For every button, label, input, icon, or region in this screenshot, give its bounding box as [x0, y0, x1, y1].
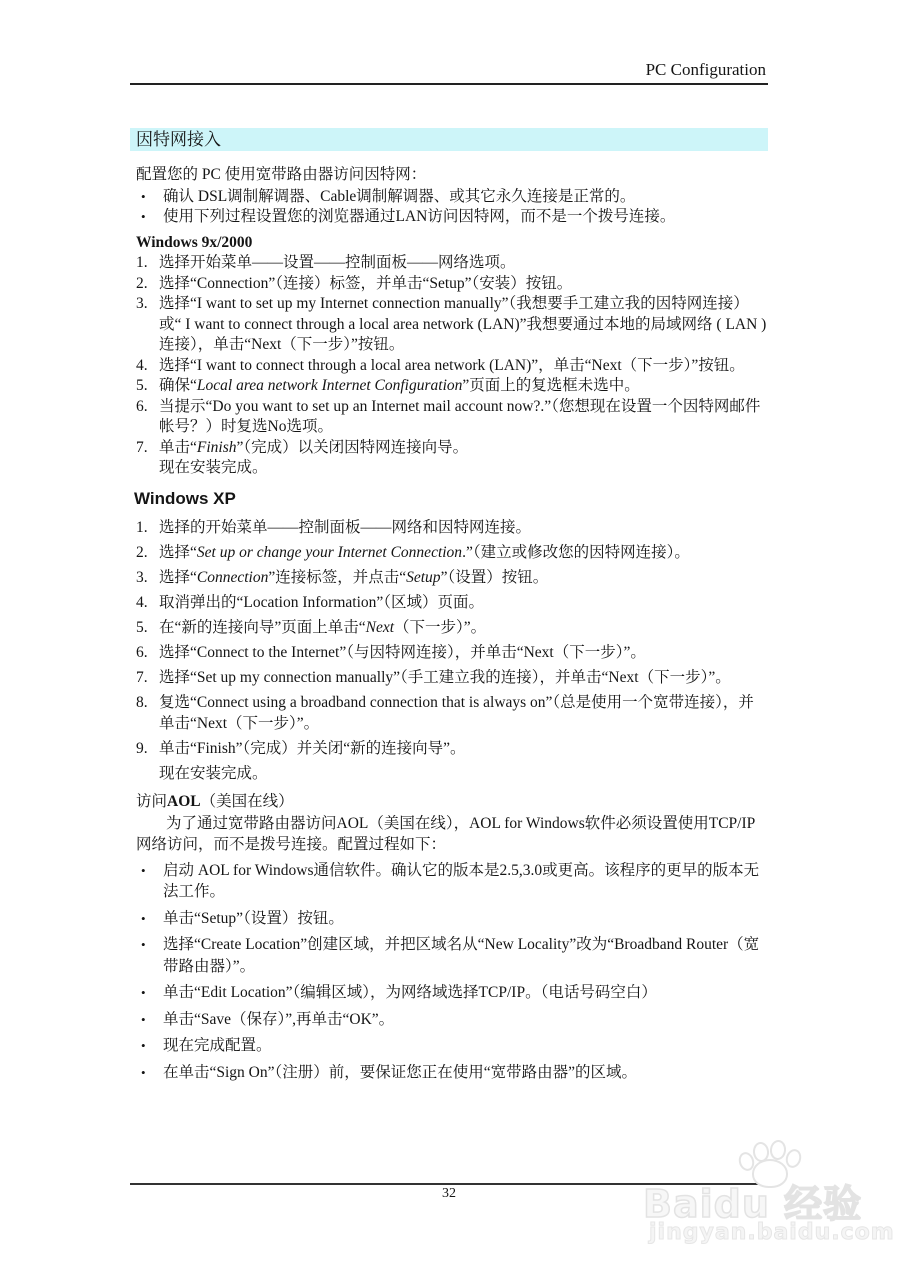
item-text: 在“新的连接向导”页面上单击“Next（下一步）”。 [159, 617, 768, 638]
item-number: 9. [130, 738, 159, 759]
numbered-item: 2. 选择“Set up or change your Internet Con… [130, 542, 768, 563]
item-text: 单击“Finish”（完成）并关闭“新的连接向导”。 [159, 738, 768, 759]
numbered-item: 7. 选择“Set up my connection manually”（手工建… [130, 667, 768, 688]
heading-windows-xp: Windows XP [130, 488, 768, 510]
numbered-item: 1. 选择开始菜单——设置——控制面板——网络选项。 [130, 253, 768, 274]
numbered-item: 7. 单击“Finish”（完成）以关闭因特网连接向导。 [130, 438, 768, 459]
item-number: 3. [130, 294, 159, 356]
numbered-item: 5. 确保“Local area network Internet Config… [130, 376, 768, 397]
bullet-marker: • [130, 934, 163, 977]
item-number: 7. [130, 438, 159, 459]
list-item: • 使用下列过程设置您的浏览器通过LAN访问因特网，而不是一个拨号连接。 [130, 207, 768, 227]
item-text: 确保“Local area network Internet Configura… [159, 376, 768, 397]
numbered-item: 1. 选择的开始菜单——控制面板——网络和因特网连接。 [130, 517, 768, 538]
bullet-marker: • [130, 1062, 163, 1084]
list-item-text: 确认 DSL调制解调器、Cable调制解调器、或其它永久连接是正常的。 [163, 187, 768, 207]
numbered-item: 9. 单击“Finish”（完成）并关闭“新的连接向导”。 [130, 738, 768, 759]
intro-lead: 配置您的 PC 使用宽带路由器访问因特网： [130, 165, 768, 185]
numbered-item: 4. 选择“I want to connect through a local … [130, 356, 768, 377]
list-item-text: 单击“Edit Location”（编辑区域），为网络域选择TCP/IP。（电话… [163, 982, 768, 1004]
bullet-marker: • [130, 187, 163, 207]
intro-bullet-list: • 确认 DSL调制解调器、Cable调制解调器、或其它永久连接是正常的。 • … [130, 187, 768, 226]
page-header: PC Configuration [130, 0, 768, 85]
item-number: 1. [130, 253, 159, 274]
item-number: 6. [130, 397, 159, 438]
list-item-text: 现在完成配置。 [163, 1035, 768, 1057]
page-content: PC Configuration 因特网接入 配置您的 PC 使用宽带路由器访问… [130, 0, 768, 1088]
header-title: PC Configuration [130, 60, 768, 83]
item-text: 选择“Connection”（连接）标签，并单击“Setup”（安装）按钮。 [159, 274, 768, 295]
document-page: { "header": { "title": "PC Configuration… [0, 0, 904, 1280]
section-title-bar: 因特网接入 [130, 128, 768, 151]
header-rule [130, 83, 768, 85]
item-text: 选择的开始菜单——控制面板——网络和因特网连接。 [159, 517, 768, 538]
item-text: 当提示“Do you want to set up an Internet ma… [159, 397, 768, 438]
item-number: 1. [130, 517, 159, 538]
list-item-text: 选择“Create Location”创建区域，并把区域名从“New Local… [163, 934, 768, 977]
heading-aol-access: 访问AOL（美国在线） [130, 791, 768, 813]
numbered-item: 6. 选择“Connect to the Internet”（与因特网连接），并… [130, 642, 768, 663]
aol-paragraph: 为了通过宽带路由器访问AOL（美国在线），AOL for Windows软件必须… [130, 813, 768, 856]
item-number: 2. [130, 274, 159, 295]
paw-icon [739, 1140, 803, 1188]
list-item: • 单击“Edit Location”（编辑区域），为网络域选择TCP/IP。（… [130, 982, 768, 1004]
item-text: 选择开始菜单——设置——控制面板——网络选项。 [159, 253, 768, 274]
numbered-item: 4. 取消弹出的“Location Information”（区域）页面。 [130, 592, 768, 613]
item-text: 单击“Finish”（完成）以关闭因特网连接向导。 [159, 438, 768, 459]
numbered-item: 8. 复选“Connect using a broadband connecti… [130, 692, 768, 734]
numbered-item: 2. 选择“Connection”（连接）标签，并单击“Setup”（安装）按钮… [130, 274, 768, 295]
bullet-marker: • [130, 982, 163, 1004]
list-item-text: 在单击“Sign On”（注册）前，要保证您正在使用“宽带路由器”的区域。 [163, 1062, 768, 1084]
aol-section: 访问AOL（美国在线） 为了通过宽带路由器访问AOL（美国在线），AOL for… [130, 791, 768, 1084]
page-number: 32 [130, 1186, 768, 1202]
item-text: 选择“Connect to the Internet”（与因特网连接），并单击“… [159, 642, 768, 663]
bullet-marker: • [130, 1035, 163, 1057]
numbered-item: 3. 选择“I want to set up my Internet conne… [130, 294, 768, 356]
bullet-marker: • [130, 207, 163, 227]
list-item: • 单击“Setup”（设置）按钮。 [130, 908, 768, 930]
list-item-text: 单击“Setup”（设置）按钮。 [163, 908, 768, 930]
list-item: • 启动 AOL for Windows通信软件。确认它的版本是2.5,3.0或… [130, 860, 768, 903]
item-text: 选择“I want to set up my Internet connecti… [159, 294, 768, 356]
watermark-url: jingyan.baidu.com [649, 1220, 895, 1245]
numbered-item: 3. 选择“Connection”连接标签，并点击“Setup”（设置）按钮。 [130, 567, 768, 588]
item-text: 复选“Connect using a broadband connection … [159, 692, 768, 734]
list-item: • 选择“Create Location”创建区域，并把区域名从“New Loc… [130, 934, 768, 977]
list-item: • 单击“Save（保存）”,再单击“OK”。 [130, 1009, 768, 1031]
list-item-text: 启动 AOL for Windows通信软件。确认它的版本是2.5,3.0或更高… [163, 860, 768, 903]
item-number: 4. [130, 356, 159, 377]
setup-complete-note: 现在安装完成。 [159, 458, 768, 479]
item-number: 6. [130, 642, 159, 663]
item-number: 2. [130, 542, 159, 563]
list-item: • 在单击“Sign On”（注册）前，要保证您正在使用“宽带路由器”的区域。 [130, 1062, 768, 1084]
windows-9x-list: 1. 选择开始菜单——设置——控制面板——网络选项。 2. 选择“Connect… [130, 253, 768, 479]
item-number: 7. [130, 667, 159, 688]
bullet-marker: • [130, 860, 163, 903]
item-text: 选择“Set up or change your Internet Connec… [159, 542, 768, 563]
item-text: 选择“Connection”连接标签，并点击“Setup”（设置）按钮。 [159, 567, 768, 588]
bullet-marker: • [130, 908, 163, 930]
numbered-item: 6. 当提示“Do you want to set up an Internet… [130, 397, 768, 438]
list-item: • 确认 DSL调制解调器、Cable调制解调器、或其它永久连接是正常的。 [130, 187, 768, 207]
setup-complete-note: 现在安装完成。 [159, 763, 768, 784]
heading-windows-9x-2000: Windows 9x/2000 [130, 232, 768, 253]
bullet-marker: • [130, 1009, 163, 1031]
numbered-item: 5. 在“新的连接向导”页面上单击“Next（下一步）”。 [130, 617, 768, 638]
item-number: 5. [130, 617, 159, 638]
list-item-text: 单击“Save（保存）”,再单击“OK”。 [163, 1009, 768, 1031]
footer-rule [130, 1183, 768, 1185]
item-text: 取消弹出的“Location Information”（区域）页面。 [159, 592, 768, 613]
item-number: 5. [130, 376, 159, 397]
windows-xp-list: 1. 选择的开始菜单——控制面板——网络和因特网连接。 2. 选择“Set up… [130, 517, 768, 784]
item-number: 3. [130, 567, 159, 588]
list-item: • 现在完成配置。 [130, 1035, 768, 1057]
item-text: 选择“Set up my connection manually”（手工建立我的… [159, 667, 768, 688]
item-number: 4. [130, 592, 159, 613]
list-item-text: 使用下列过程设置您的浏览器通过LAN访问因特网，而不是一个拨号连接。 [163, 207, 768, 227]
item-number: 8. [130, 692, 159, 734]
item-text: 选择“I want to connect through a local are… [159, 356, 768, 377]
